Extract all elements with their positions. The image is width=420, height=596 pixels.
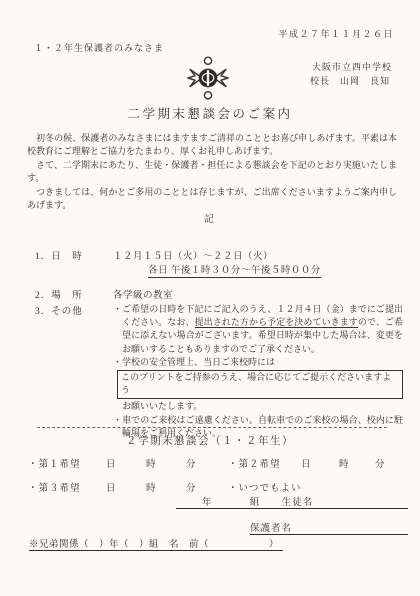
- item3-notes: ・ご希望の日時を下記にご記入のうえ、１２月４日（金）までにご提出ください。なお、…: [113, 303, 403, 440]
- choice3-label: ・第３希望: [28, 480, 81, 494]
- closing-paragraph: つきましては、何かとご多用のこととは存じますが、ご出席くださいますようご案内申し…: [27, 186, 397, 213]
- preference-row-1: ・第１希望 日 時 分 ・第２希望 日 時 分: [0, 456, 420, 470]
- addressee: １・２年生保護者のみなさま: [34, 41, 164, 54]
- notice-document: 平成２７年１１月２６日 １・２年生保護者のみなさま 大阪市立西中学校 校長 山岡…: [0, 0, 420, 596]
- item3-other-label: 3．その他: [35, 303, 83, 317]
- student-name-label: 生徒名: [282, 494, 314, 508]
- choice1-day-unit: 日: [106, 456, 117, 470]
- record-marker: 記: [0, 211, 420, 225]
- item2-place-label: 2．場 所: [35, 287, 83, 301]
- principal-name: 校長 山岡 良知: [310, 74, 390, 87]
- school-name: 大阪市立西中学校: [312, 60, 392, 73]
- choice2-minute-unit: 分: [375, 456, 386, 470]
- choice2-label: ・第２希望: [228, 456, 281, 470]
- note-submission: ・ご希望の日時を下記にご記入のうえ、１２月４日（金）までにご提出ください。なお、…: [113, 303, 403, 356]
- choice1-minute-unit: 分: [186, 456, 197, 470]
- item1-date-range: １２月１５日（火）～２２日（火）: [113, 248, 273, 262]
- choice3-minute-unit: 分: [186, 480, 197, 494]
- student-name-field: 年 組 生徒名: [176, 494, 408, 509]
- choice2-hour-unit: 時: [339, 456, 350, 470]
- choice3-hour-unit: 時: [146, 480, 157, 494]
- choice1-hour-unit: 時: [146, 456, 157, 470]
- guardian-name-field: 保護者名: [250, 520, 408, 535]
- greeting-paragraph: 初冬の候、保護者のみなさまにはますますご清祥のこととお喜び申しあげます。平素は本…: [27, 132, 397, 159]
- note-security-line: ・学校の安全管理上、当日ご来校時には: [113, 356, 403, 369]
- greeting-body: 初冬の候、保護者のみなさまにはますますご清祥のこととお喜び申しあげます。平素は本…: [27, 132, 397, 212]
- anytime-option-label: ・いつでもよい: [228, 480, 302, 494]
- note-bring-print-boxed: このプリントをご持参のうえ、場合に応じてご提示くださいますよう: [117, 370, 403, 399]
- choice3-day-unit: 日: [106, 480, 117, 494]
- document-date: 平成２７年１１月２６日: [278, 27, 394, 40]
- reply-form-title: ２学期末懇談会（１・２年生）: [0, 433, 420, 448]
- item1-datetime-label: 1．日 時: [35, 248, 83, 262]
- item2-place-value: 各学級の教室: [113, 287, 173, 301]
- class-label: 組: [250, 494, 261, 508]
- year-label: 年: [202, 494, 213, 508]
- item1-time-range: 各日 午後１時３０分～午後５時００分: [148, 262, 321, 278]
- sibling-relation-field: ※兄弟関係（ ）年（ ）組 名 前（ ）: [29, 536, 283, 551]
- announcement-paragraph: さて、二学期末にあたり、生徒・保護者・担任による懇談会を下記のとおり実施いたしま…: [27, 159, 397, 186]
- guardian-name-label: 保護者名: [250, 524, 292, 534]
- preference-row-2: ・第３希望 日 時 分 ・いつでもよい: [0, 480, 420, 494]
- page-title: 二学期末懇談会のご案内: [0, 104, 420, 122]
- cut-line: [37, 427, 387, 428]
- school-emblem-icon: [186, 55, 230, 101]
- note-submission-underlined: 提出された方から予定を決めていきます: [195, 317, 358, 328]
- choice2-day-unit: 日: [301, 456, 312, 470]
- note-security-closing: お願いいたします。: [113, 400, 403, 413]
- choice1-label: ・第１希望: [28, 456, 81, 470]
